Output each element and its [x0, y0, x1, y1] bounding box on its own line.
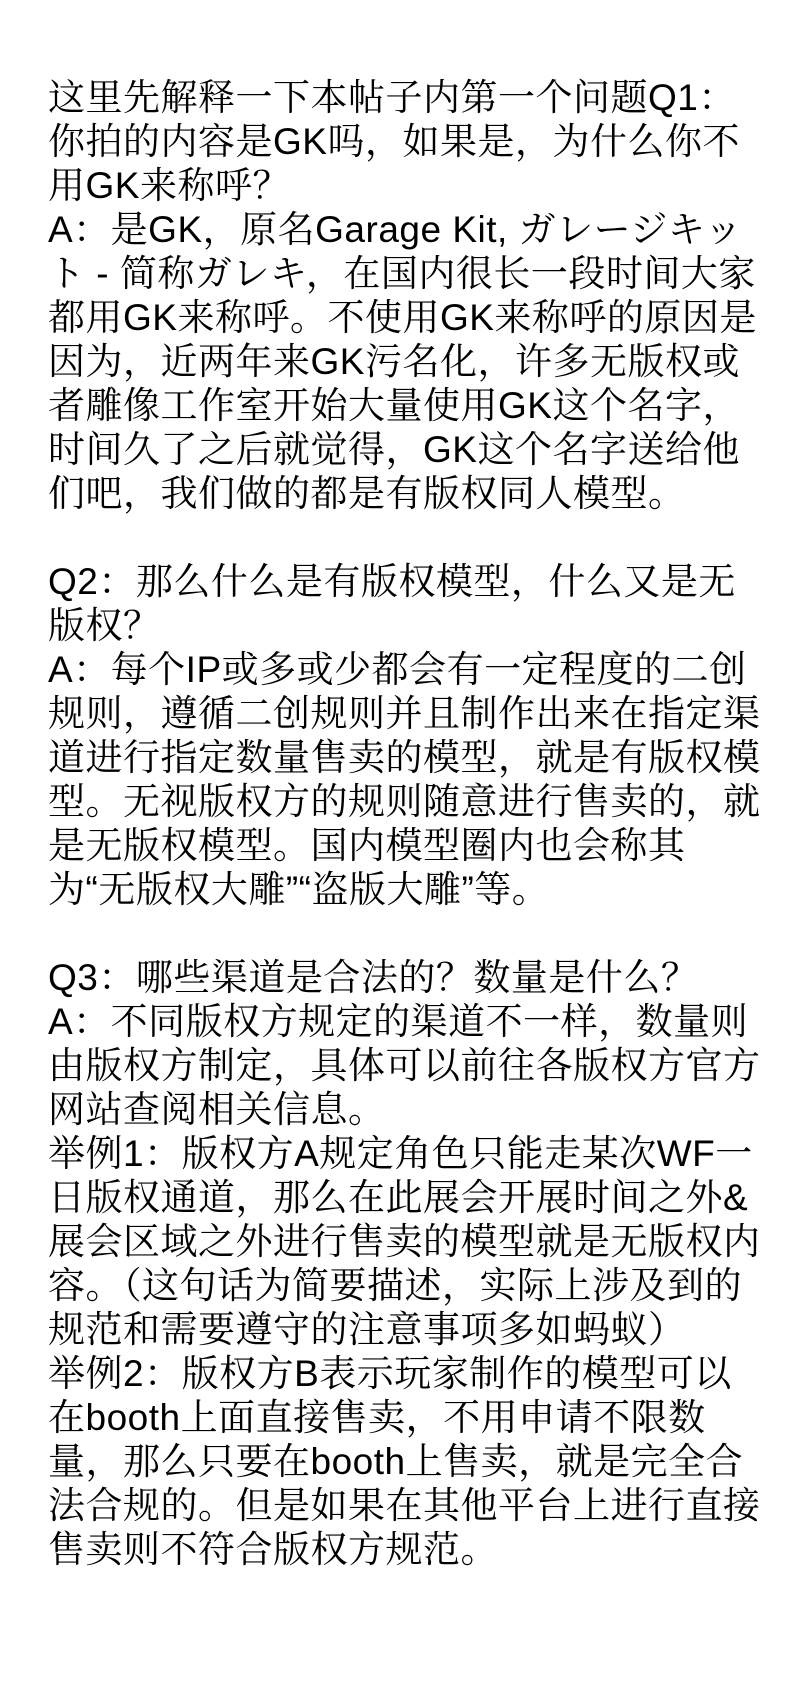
qa-block-q3: Q3：哪些渠道是合法的？数量是什么？ A：不同版权方规定的渠道不一样，数量则 由… [48, 956, 750, 1572]
text-line: 型。无视版权方的规则随意进行售卖的，就 [48, 780, 750, 824]
text-line: 时间久了之后就觉得，GK这个名字送给他 [48, 428, 750, 472]
text-line: 者雕像工作室开始大量使用GK这个名字， [48, 384, 750, 428]
text-line: 用GK来称呼？ [48, 164, 750, 208]
text-line: 规则，遵循二创规则并且制作出来在指定渠 [48, 692, 750, 736]
text-line: 由版权方制定，具体可以前往各版权方官方 [48, 1044, 750, 1088]
text-line: 为“无版权大雕”“盗版大雕”等。 [48, 868, 750, 912]
text-line: Q3：哪些渠道是合法的？数量是什么？ [48, 956, 750, 1000]
text-line: 售卖则不符合版权方规范。 [48, 1528, 750, 1572]
text-line: 举例1：版权方A规定角色只能走某次WF一 [48, 1132, 750, 1176]
text-line: A：不同版权方规定的渠道不一样，数量则 [48, 1000, 750, 1044]
qa-block-q2: Q2：那么什么是有版权模型，什么又是无 版权？ A：每个IP或多或少都会有一定程… [48, 560, 750, 912]
text-line: 是无版权模型。国内模型圈内也会称其 [48, 824, 750, 868]
text-line: 你拍的内容是GK吗，如果是，为什么你不 [48, 120, 750, 164]
text-line: 量，那么只要在booth上售卖，就是完全合 [48, 1440, 750, 1484]
text-line: 法合规的。但是如果在其他平台上进行直接 [48, 1484, 750, 1528]
text-line: 这里先解释一下本帖子内第一个问题Q1： [48, 76, 750, 120]
text-line: 都用GK来称呼。不使用GK来称呼的原因是 [48, 296, 750, 340]
text-line: 们吧，我们做的都是有版权同人模型。 [48, 472, 750, 516]
text-line: 规范和需要遵守的注意事项多如蚂蚁） [48, 1308, 750, 1352]
qa-block-q1: 这里先解释一下本帖子内第一个问题Q1： 你拍的内容是GK吗，如果是，为什么你不 … [48, 76, 750, 516]
text-line: 道进行指定数量售卖的模型，就是有版权模 [48, 736, 750, 780]
text-line: Q2：那么什么是有版权模型，什么又是无 [48, 560, 750, 604]
text-line: 版权？ [48, 604, 750, 648]
text-line: 日版权通道，那么在此展会开展时间之外& [48, 1176, 750, 1220]
text-line: 在booth上面直接售卖，不用申请不限数 [48, 1396, 750, 1440]
text-line: 容。（这句话为简要描述，实际上涉及到的 [48, 1264, 750, 1308]
text-line: 因为，近两年来GK污名化，许多无版权或 [48, 340, 750, 384]
text-line: 展会区域之外进行售卖的模型就是无版权内 [48, 1220, 750, 1264]
text-line: 举例2：版权方B表示玩家制作的模型可以 [48, 1352, 750, 1396]
text-line: ト - 简称ガレキ，在国内很长一段时间大家 [48, 252, 750, 296]
text-line: A：每个IP或多或少都会有一定程度的二创 [48, 648, 750, 692]
text-post-page: 这里先解释一下本帖子内第一个问题Q1： 你拍的内容是GK吗，如果是，为什么你不 … [0, 0, 786, 1704]
text-line: 网站查阅相关信息。 [48, 1088, 750, 1132]
text-line: A：是GK，原名Garage Kit, ガレージキッ [48, 208, 750, 252]
